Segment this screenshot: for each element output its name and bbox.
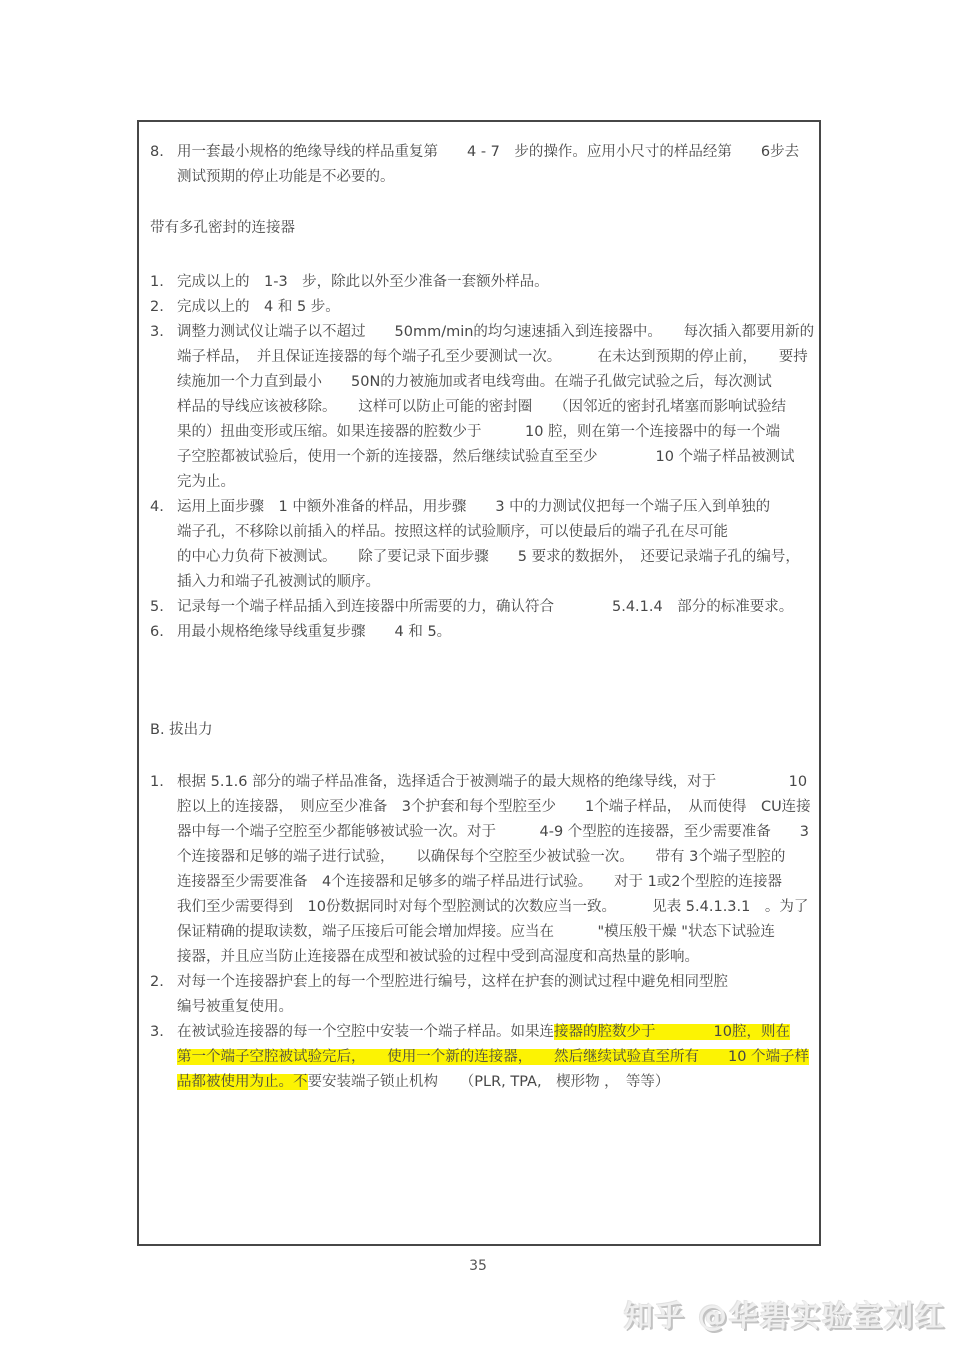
text-line: 续施加一个力直到最小 50N的力被施加或者电线弯曲。在端子孔做完试验之后，每次测… (177, 370, 813, 395)
list-item-number: 5. (150, 595, 164, 620)
list-item: 4. 运用上面步骤 1 中额外准备的样品，用步骤 3 中的力测试仪把每一个端子压… (150, 495, 813, 595)
text-line: 接器，并且应当防止连接器在成型和被试验的过程中受到高湿度和高热量的影响。 (177, 945, 813, 970)
list-item-highlighted: 3. 在被试验连接器的每一个空腔中安装一个端子样品。如果连接器的腔数少于 10腔… (150, 1020, 813, 1095)
list-item-number: 1. (150, 270, 164, 295)
section-heading-multi-seal: 带有多孔密封的连接器 (150, 216, 813, 241)
text-line: 编号被重复使用。 (177, 995, 813, 1020)
text-line: 插入力和端子孔被测试的顺序。 (177, 570, 813, 595)
text-line: 用最小规格绝缘导线重复步骤 4 和 5。 (177, 620, 813, 645)
list-item: 5. 记录每一个端子样品插入到连接器中所需要的力，确认符合 5.4.1.4 部分… (150, 595, 813, 620)
highlighted-text: 接器的腔数少于 10腔，则在 (554, 1024, 790, 1040)
text-line: 子空腔都被试验后，使用一个新的连接器，然后继续试验直至至少 10 个端子样品被测… (177, 445, 813, 470)
list-item: 2. 完成以上的 4 和 5 步。 (150, 295, 813, 320)
list-item-number: 3. (150, 1020, 164, 1045)
list-item-text: 完成以上的 4 和 5 步。 (177, 295, 813, 320)
text-line: 对每一个连接器护套上的每一个型腔进行编号，这样在护套的测试过程中避免相同型腔 (177, 970, 813, 995)
text-line: 果的）扭曲变形或压缩。如果连接器的腔数少于 10 腔，则在第一个连接器中的每一个… (177, 420, 813, 445)
list-item: 6. 用最小规格绝缘导线重复步骤 4 和 5。 (150, 620, 813, 645)
text-segment: 在被试验连接器的每一个空腔中安装一个端子样品。如果连 (177, 1024, 554, 1040)
list-item: 1. 完成以上的 1-3 步，除此以外至少准备一套额外样品。 (150, 270, 813, 295)
text-line: 品都被使用为止。不要安装端子锁止机构 （PLR, TPA, 楔形物 ， 等等） (177, 1070, 813, 1095)
list-item-number: 3. (150, 320, 164, 345)
text-segment: 要安装端子锁止机构 （PLR, TPA, 楔形物 ， 等等） (308, 1074, 670, 1090)
text-line: 运用上面步骤 1 中额外准备的样品，用步骤 3 中的力测试仪把每一个端子压入到单… (177, 495, 813, 520)
list-item: 2. 对每一个连接器护套上的每一个型腔进行编号，这样在护套的测试过程中避免相同型… (150, 970, 813, 1020)
text-line: 用一套最小规格的绝缘导线的样品重复第 4 - 7 步的操作。应用小尺寸的样品经第… (177, 140, 813, 165)
list-item-text: 调整力测试仪让端子以不超过 50mm/min的均匀速速插入到连接器中。 每次插入… (177, 320, 813, 495)
text-line: 样品的导线应该被移除。 这样可以防止可能的密封圈 （因邻近的密封孔堵塞而影响试验… (177, 395, 813, 420)
list-item-number: 2. (150, 295, 164, 320)
text-line: 端子样品， 并且保证连接器的每个端子孔至少要测试一次。 在未达到预期的停止前， … (177, 345, 813, 370)
highlighted-text: 品都被使用为止。不 (177, 1074, 308, 1090)
text-line: 完为止。 (177, 470, 813, 495)
list-item-number: 1. (150, 770, 164, 795)
list-item: 3. 调整力测试仪让端子以不超过 50mm/min的均匀速速插入到连接器中。 每… (150, 320, 813, 495)
list-item-number: 4. (150, 495, 164, 520)
list-item-number: 8. (150, 140, 164, 165)
text-line: 端子孔，不移除以前插入的样品。按照这样的试验顺序，可以使最后的端子孔在尽可能 (177, 520, 813, 545)
list-item-text: 根据 5.1.6 部分的端子样品准备，选择适合于被测端子的最大规格的绝缘导线，对… (177, 770, 813, 970)
list-item-number: 2. (150, 970, 164, 995)
list-item: 1. 根据 5.1.6 部分的端子样品准备，选择适合于被测端子的最大规格的绝缘导… (150, 770, 813, 970)
text-line: 根据 5.1.6 部分的端子样品准备，选择适合于被测端子的最大规格的绝缘导线，对… (177, 770, 813, 795)
numbered-list-pull-out-force: 1. 根据 5.1.6 部分的端子样品准备，选择适合于被测端子的最大规格的绝缘导… (150, 770, 813, 1095)
numbered-list-multi-seal: 1. 完成以上的 1-3 步，除此以外至少准备一套额外样品。 2. 完成以上的 … (150, 270, 813, 645)
text-line: 连接器至少需要准备 4个连接器和足够多的端子样品进行试验。 对于 1或2个型腔的… (177, 870, 813, 895)
text-line: 个连接器和足够的端子进行试验， 以确保每个空腔至少被试验一次。 带有 3个端子型… (177, 845, 813, 870)
text-line: 测试预期的停止功能是不必要的。 (177, 165, 813, 190)
highlighted-text: 第一个端子空腔被试验完后， 使用一个新的连接器， 然后继续试验直至所有 10 个… (177, 1049, 809, 1065)
text-line: 器中每一个端子空腔至少都能够被试验一次。对于 4-9 个型腔的连接器，至少需要准… (177, 820, 813, 845)
text-line: 完成以上的 1-3 步，除此以外至少准备一套额外样品。 (177, 270, 813, 295)
list-item-text: 对每一个连接器护套上的每一个型腔进行编号，这样在护套的测试过程中避免相同型腔编号… (177, 970, 813, 1020)
page-number: 35 (0, 1256, 956, 1276)
list-item-step-8: 8. 用一套最小规格的绝缘导线的样品重复第 4 - 7 步的操作。应用小尺寸的样… (150, 140, 813, 190)
list-item-text: 用最小规格绝缘导线重复步骤 4 和 5。 (177, 620, 813, 645)
text-line: 腔以上的连接器， 则应至少准备 3个护套和每个型腔至少 1个端子样品， 从而使得… (177, 795, 813, 820)
text-line: 保证精确的提取读数，端子压接后可能会增加焊接。应当在 "模压般干燥 "状态下试验… (177, 920, 813, 945)
list-item-text: 记录每一个端子样品插入到连接器中所需要的力，确认符合 5.4.1.4 部分的标准… (177, 595, 813, 620)
section-heading-pull-out-force: B. 拔出力 (150, 718, 813, 743)
watermark: 知乎 @华碧实验室刘红 (624, 1294, 946, 1335)
text-line: 调整力测试仪让端子以不超过 50mm/min的均匀速速插入到连接器中。 每次插入… (177, 320, 813, 345)
list-item-text: 运用上面步骤 1 中额外准备的样品，用步骤 3 中的力测试仪把每一个端子压入到单… (177, 495, 813, 595)
list-item-text: 用一套最小规格的绝缘导线的样品重复第 4 - 7 步的操作。应用小尺寸的样品经第… (177, 140, 813, 190)
list-item-text: 完成以上的 1-3 步，除此以外至少准备一套额外样品。 (177, 270, 813, 295)
list-item-number: 6. (150, 620, 164, 645)
text-line: 完成以上的 4 和 5 步。 (177, 295, 813, 320)
text-line: 记录每一个端子样品插入到连接器中所需要的力，确认符合 5.4.1.4 部分的标准… (177, 595, 813, 620)
text-line: 在被试验连接器的每一个空腔中安装一个端子样品。如果连接器的腔数少于 10腔，则在 (177, 1020, 813, 1045)
document-border-box: 8. 用一套最小规格的绝缘导线的样品重复第 4 - 7 步的操作。应用小尺寸的样… (137, 120, 821, 1246)
text-line: 我们至少需要得到 10份数据同时对每个型腔测试的次数应当一致。 见表 5.4.1… (177, 895, 813, 920)
list-item-text: 在被试验连接器的每一个空腔中安装一个端子样品。如果连接器的腔数少于 10腔，则在… (177, 1020, 813, 1095)
text-line: 的中心力负荷下被测试。 除了要记录下面步骤 5 要求的数据外， 还要记录端子孔的… (177, 545, 813, 570)
text-line: 第一个端子空腔被试验完后， 使用一个新的连接器， 然后继续试验直至所有 10 个… (177, 1045, 813, 1070)
